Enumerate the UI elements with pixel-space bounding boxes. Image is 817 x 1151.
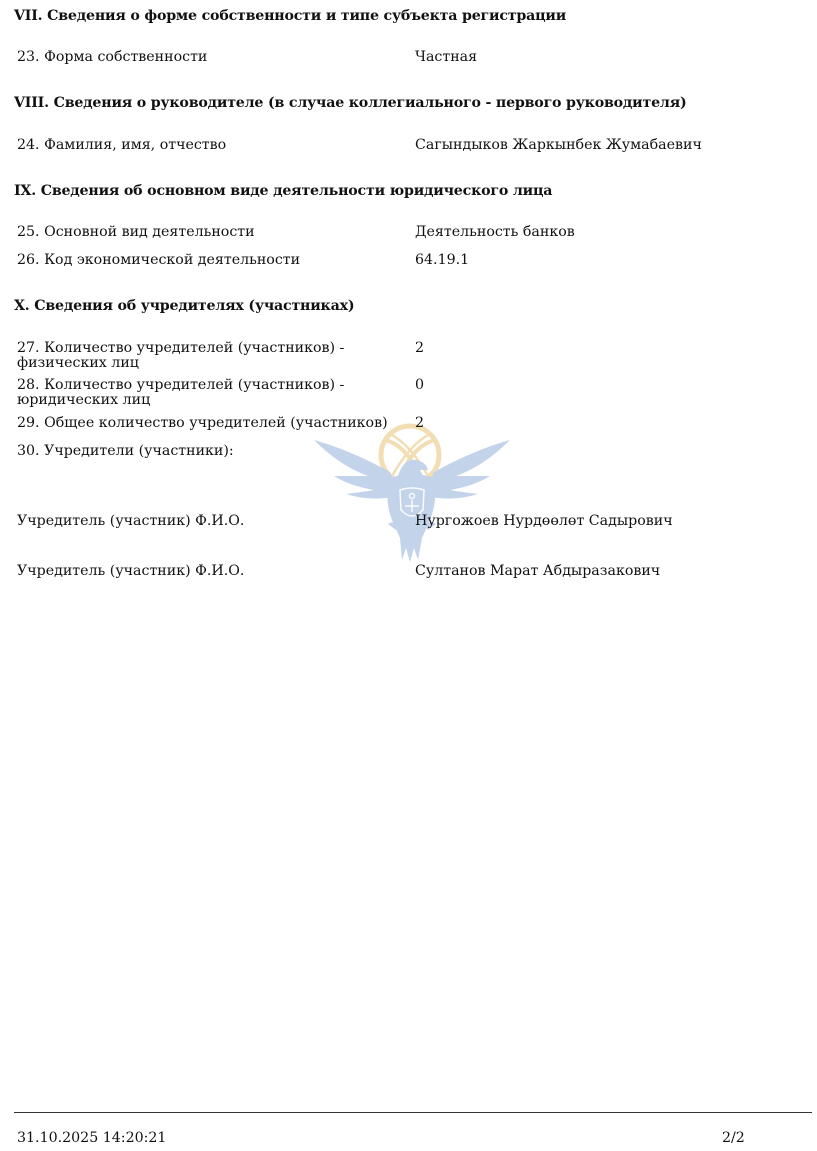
field-value: Султанов Марат Абдыразакович [415,564,660,579]
field-label: 28. Количество учредителей (участников) … [17,378,387,408]
field-label: Учредитель (участник) Ф.И.О. [17,564,387,579]
field-value: Деятельность банков [415,225,575,240]
field-label: 27. Количество учредителей (участников) … [17,341,387,371]
footer-page-number: 2/2 [722,1130,745,1146]
field-value: Частная [415,50,477,65]
field-value: Нургожоев Нурдөөлөт Садырович [415,514,673,529]
field-value: 0 [415,378,424,393]
footer-timestamp: 31.10.2025 14:20:21 [17,1130,166,1146]
eagle-emblem-icon [310,420,514,565]
section-heading-founders: X. Сведения об учредителях (участниках) [14,298,354,314]
field-value: Сагындыков Жаркынбек Жумабаевич [415,138,702,153]
field-label: Учредитель (участник) Ф.И.О. [17,514,387,529]
section-heading-activity: IX. Сведения об основном виде деятельнос… [14,183,552,199]
section-heading-ownership: VII. Сведения о форме собственности и ти… [14,8,566,24]
field-label: 26. Код экономической деятельности [17,253,387,268]
section-heading-director: VIII. Сведения о руководителе (в случае … [14,95,687,111]
field-label: 24. Фамилия, имя, отчество [17,138,387,153]
field-label: 30. Учредители (участники): [17,444,387,459]
field-value: 2 [415,416,424,431]
field-value: 64.19.1 [415,253,469,268]
field-value: 2 [415,341,424,356]
field-label: 29. Общее количество учредителей (участн… [17,416,407,431]
document-page: VII. Сведения о форме собственности и ти… [0,0,817,1151]
footer-divider [14,1112,812,1113]
field-label: 23. Форма собственности [17,50,387,65]
field-label: 25. Основной вид деятельности [17,225,387,240]
